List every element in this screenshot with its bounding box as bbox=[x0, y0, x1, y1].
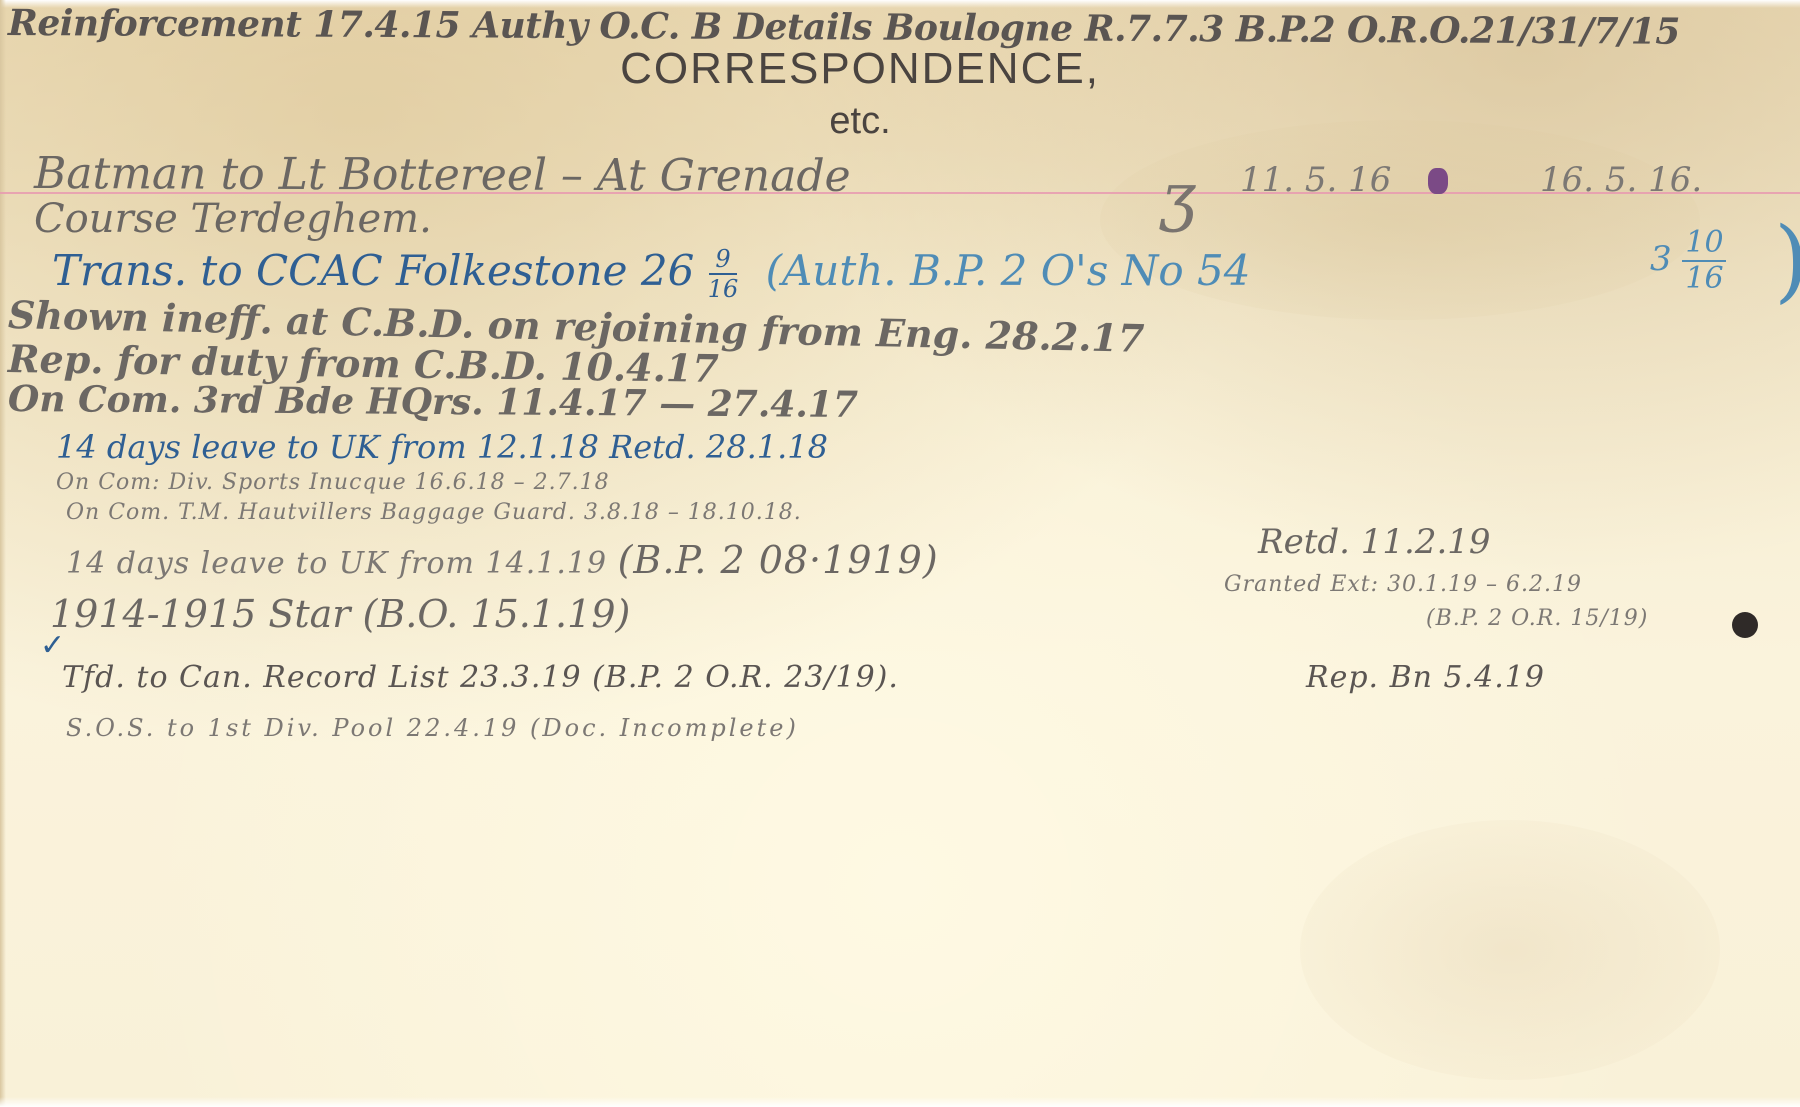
entry-course: Course Terdeghem. bbox=[34, 196, 432, 242]
paper-stain bbox=[1300, 820, 1720, 1080]
record-card: CORRESPONDENCE, etc. Reinforcement 17.4.… bbox=[0, 0, 1800, 1107]
blue-tick-mark: ✓ bbox=[40, 628, 65, 663]
transfer-ref-date: 3 10 16 bbox=[1650, 228, 1726, 294]
entry-reinforcement: Reinforcement 17.4.15 Authy O.C. B Detai… bbox=[8, 2, 1680, 53]
entry-on-command-bde: On Com. 3rd Bde HQrs. 11.4.17 — 27.4.17 bbox=[8, 378, 858, 426]
entry-div-sports: On Com: Div. Sports Inucque 16.6.18 – 2.… bbox=[56, 470, 610, 495]
entry-transfer-folkestone: Trans. to CCAC Folkestone 26 9 16 (Auth.… bbox=[52, 246, 1250, 301]
card-edge bbox=[0, 0, 6, 1107]
entry-batman-date-from: 11. 5. 16 bbox=[1240, 160, 1391, 200]
entry-reported-battalion: Rep. Bn 5.4.19 bbox=[1306, 660, 1545, 695]
entry-leave-1919-extension: Granted Ext: 30.1.19 – 6.2.19 bbox=[1224, 572, 1582, 597]
entry-batman-date-to: 16. 5. 16. bbox=[1540, 160, 1702, 200]
entry-leave-1919-returned: Retd. 11.2.19 bbox=[1258, 522, 1491, 562]
entry-sos-div-pool: S.O.S. to 1st Div. Pool 22.4.19 (Doc. In… bbox=[66, 714, 799, 742]
ink-blot-black bbox=[1732, 612, 1758, 638]
entry-leave-1918: 14 days leave to UK from 12.1.18 Retd. 2… bbox=[56, 428, 828, 466]
transfer-text: Trans. to CCAC Folkestone 26 bbox=[52, 246, 694, 295]
brace-mark: ʒ bbox=[1160, 160, 1196, 234]
printed-subheading: etc. bbox=[0, 100, 1760, 143]
entry-leave-1919: 14 days leave to UK from 14.1.19 (B.P. 2… bbox=[66, 538, 939, 582]
entry-leave-1919-extension-ref: (B.P. 2 O.R. 15/19) bbox=[1426, 606, 1648, 631]
ink-blot-purple bbox=[1428, 168, 1448, 194]
leave-1919-ref: (B.P. 2 08·1919) bbox=[618, 538, 939, 582]
entry-transferred-record-list: Tfd. to Can. Record List 23.3.19 (B.P. 2… bbox=[62, 660, 899, 695]
transfer-auth: (Auth. B.P. 2 O's No 54 bbox=[766, 246, 1251, 295]
entry-batman: Batman to Lt Bottereel – At Grenade bbox=[34, 148, 851, 202]
transfer-date-fraction: 9 16 bbox=[708, 247, 739, 301]
closing-parenthesis: ) bbox=[1774, 208, 1800, 313]
entry-baggage-guard: On Com. T.M. Hautvillers Baggage Guard. … bbox=[66, 500, 802, 525]
entry-1914-1915-star: 1914-1915 Star (B.O. 15.1.19) bbox=[50, 592, 630, 636]
